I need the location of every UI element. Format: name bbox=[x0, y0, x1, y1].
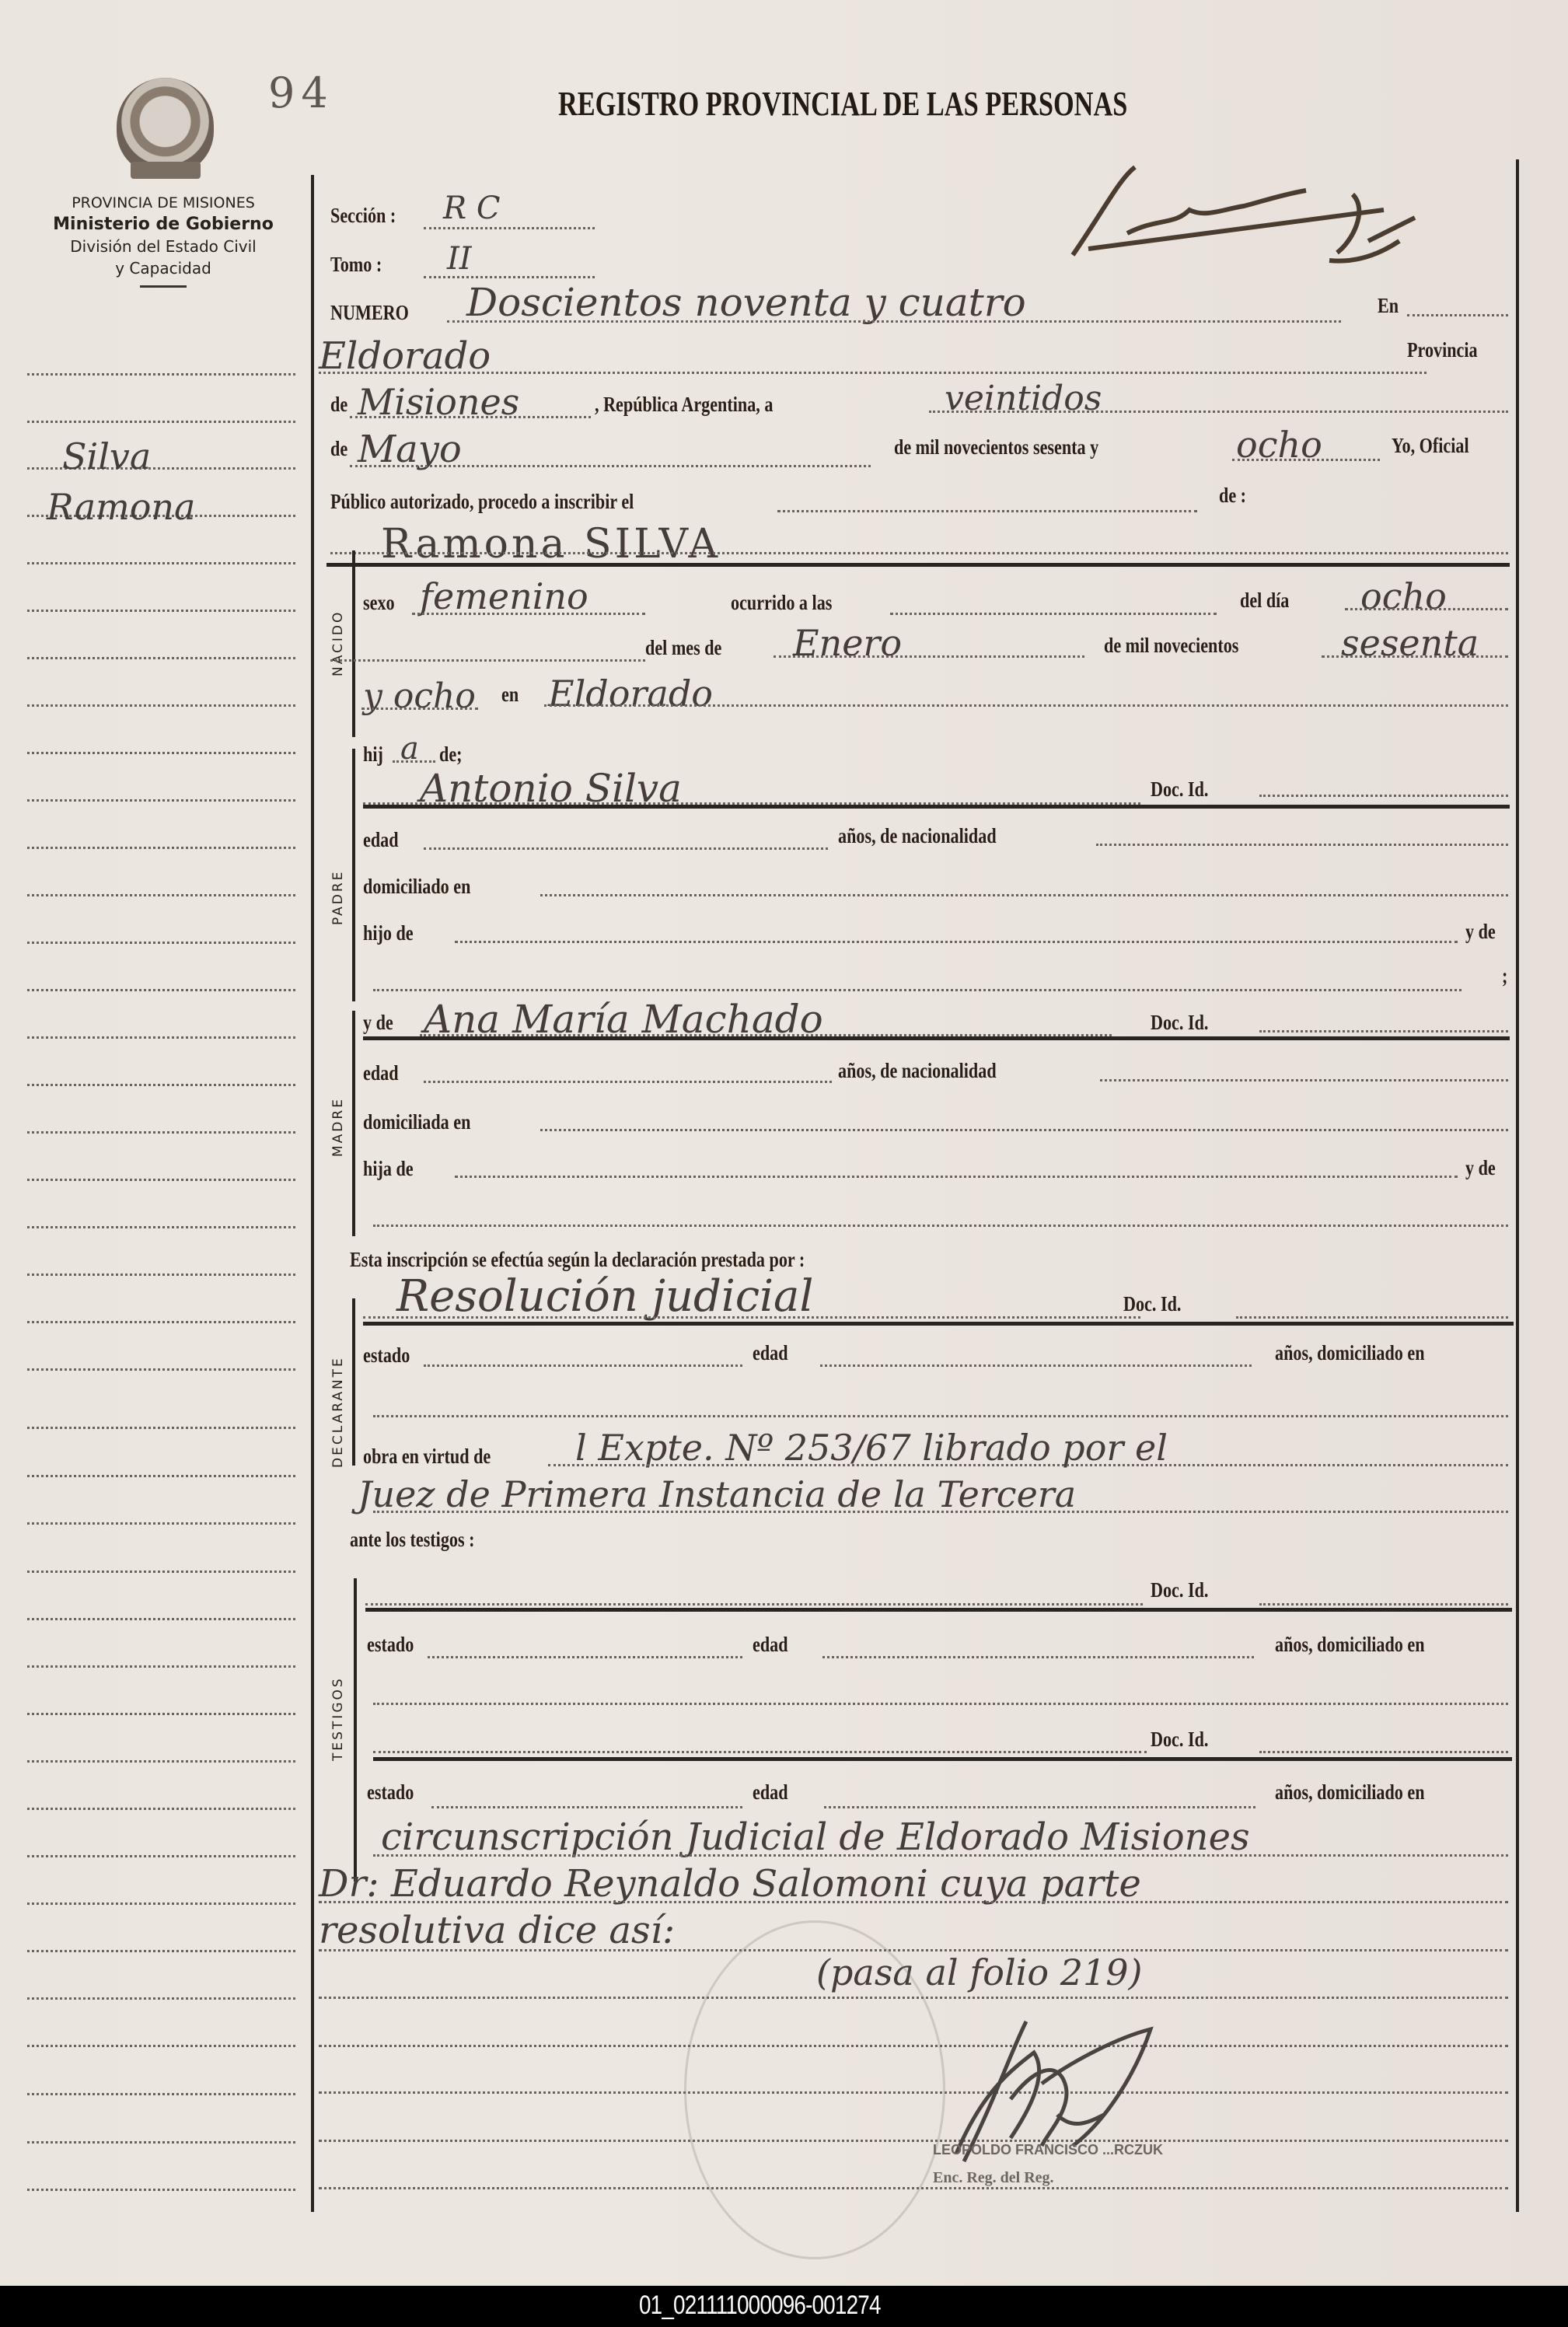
section-rule bbox=[363, 1322, 1514, 1326]
folio-number: 94 bbox=[268, 68, 334, 117]
numero-value[interactable]: Doscientos noventa y cuatro bbox=[466, 280, 1026, 325]
padre-hijo-de-label: hijo de bbox=[363, 921, 414, 945]
authority-province: PROVINCIA DE MISIONES bbox=[16, 194, 311, 211]
anio-value-cont[interactable]: y ocho bbox=[363, 676, 476, 716]
section-rule bbox=[373, 1757, 1512, 1761]
dia-value[interactable]: ocho bbox=[1360, 575, 1447, 617]
registrar-signature bbox=[1057, 163, 1430, 257]
page-title: REGISTRO PROVINCIAL DE LAS PERSONAS bbox=[558, 84, 1127, 124]
year-label: de mil novecientos sesenta y bbox=[894, 435, 1098, 459]
image-id-label: 01_021111000096-001274 bbox=[639, 2290, 881, 2321]
nacido-bracket bbox=[352, 550, 355, 737]
provincial-crest-icon bbox=[117, 78, 214, 175]
padre-domicilio-label: domiciliado en bbox=[363, 875, 470, 899]
declarante-domicilio-label: años, domiciliado en bbox=[1275, 1341, 1425, 1365]
dia-label: del día bbox=[1240, 589, 1289, 613]
obra-value-1[interactable]: l Expte. Nº 253/67 librado por el bbox=[575, 1427, 1168, 1469]
margin-given-name: Ramona bbox=[47, 486, 195, 528]
testigo1-doc-label: Doc. Id. bbox=[1151, 1578, 1208, 1602]
madre-y-de-label: y de bbox=[363, 1011, 393, 1035]
section-rule bbox=[327, 563, 1510, 567]
official-signature bbox=[917, 2006, 1166, 2192]
hij-label: hij bbox=[363, 742, 383, 767]
section-rule bbox=[363, 1036, 1510, 1040]
sexo-label: sexo bbox=[363, 591, 395, 615]
testigo2-doc-label: Doc. Id. bbox=[1151, 1728, 1208, 1752]
crest-banner bbox=[131, 162, 201, 179]
republica-label: , República Argentina, a bbox=[595, 393, 773, 417]
testigos-intro: ante los testigos : bbox=[350, 1528, 475, 1552]
madre-y-de-label: y de bbox=[1465, 1156, 1496, 1180]
testigo2-estado-label: estado bbox=[367, 1780, 414, 1805]
padre-semicolon: ; bbox=[1502, 964, 1507, 988]
seccion-label: Sección : bbox=[330, 204, 396, 228]
mes-label: del mes de bbox=[645, 636, 721, 660]
testigo1-estado-label: estado bbox=[367, 1633, 414, 1657]
month-de-label: de bbox=[330, 437, 347, 461]
madre-nacionalidad-label: años, de nacionalidad bbox=[838, 1059, 997, 1083]
stamp-title: Enc. Reg. del Reg. bbox=[933, 2169, 1054, 2187]
declarante-section-label: DECLARANTE bbox=[330, 1356, 346, 1468]
en-label: En bbox=[1378, 294, 1399, 318]
authority-capacity: y Capacidad bbox=[16, 259, 311, 278]
oficial-label: Yo, Oficial bbox=[1392, 434, 1469, 458]
section-rule bbox=[365, 1608, 1512, 1612]
padre-doc-label: Doc. Id. bbox=[1151, 777, 1208, 802]
numero-label: NUMERO bbox=[330, 301, 409, 325]
madre-domicilio-label: domiciliada en bbox=[363, 1110, 470, 1134]
en-label: en bbox=[501, 683, 519, 707]
obra-value-2[interactable]: Juez de Primera Instancia de la Tercera bbox=[358, 1473, 1076, 1515]
hij-de-label: de; bbox=[439, 742, 463, 767]
official-seal-stamp bbox=[684, 1920, 945, 2259]
authority-block: PROVINCIA DE MISIONES Ministerio de Gobi… bbox=[16, 194, 311, 288]
provincia-label: Provincia bbox=[1407, 338, 1478, 362]
note-line-1[interactable]: circunscripción Judicial de Eldorado Mis… bbox=[381, 1815, 1250, 1859]
note-line-2[interactable]: Dr: Eduardo Reynaldo Salomoni cuya parte bbox=[319, 1862, 1141, 1906]
testigos-section-label: TESTIGOS bbox=[330, 1676, 346, 1761]
madre-doc-label: Doc. Id. bbox=[1151, 1011, 1208, 1035]
declarante-edad-label: edad bbox=[753, 1341, 788, 1365]
padre-bracket bbox=[352, 749, 355, 1001]
document-page: 94 REGISTRO PROVINCIAL DE LAS PERSONAS P… bbox=[0, 0, 1568, 2286]
stamp-name: LEOPOLDO FRANCISCO ...RCZUK bbox=[933, 2142, 1163, 2158]
anio-label: de mil novecientos bbox=[1104, 634, 1238, 658]
ocurrido-label: ocurrido a las bbox=[731, 591, 832, 615]
de-label: de bbox=[330, 393, 347, 417]
madre-hija-de-label: hija de bbox=[363, 1157, 414, 1181]
padre-nacionalidad-label: años, de nacionalidad bbox=[838, 824, 997, 848]
seccion-value[interactable]: R C bbox=[443, 190, 500, 226]
divider bbox=[140, 285, 187, 288]
declarante-name-value[interactable]: Resolución judicial bbox=[396, 1271, 813, 1322]
padre-edad-label: edad bbox=[363, 828, 399, 852]
tomo-label: Tomo : bbox=[330, 253, 382, 277]
authority-division: División del Estado Civil bbox=[16, 237, 311, 256]
declarante-estado-label: estado bbox=[363, 1343, 410, 1368]
de-colon-label: de : bbox=[1219, 484, 1246, 508]
lugar-value[interactable]: Eldorado bbox=[548, 673, 713, 715]
nacido-section-label: NACIDO bbox=[330, 610, 346, 676]
testigos-bracket bbox=[354, 1578, 357, 1882]
section-rule bbox=[363, 805, 1510, 809]
testigo1-edad-label: edad bbox=[753, 1633, 788, 1657]
footer-bar: 01_021111000096-001274 bbox=[0, 2286, 1568, 2327]
testigo1-domicilio-label: años, domiciliado en bbox=[1275, 1633, 1425, 1657]
sexo-value[interactable]: femenino bbox=[420, 575, 588, 617]
authority-ministry: Ministerio de Gobierno bbox=[16, 215, 311, 234]
padre-y-de-label: y de bbox=[1465, 920, 1496, 944]
right-border bbox=[1516, 159, 1519, 2212]
declarante-intro: Esta inscripción se efectúa según la dec… bbox=[350, 1248, 805, 1272]
declarante-doc-label: Doc. Id. bbox=[1123, 1292, 1181, 1316]
obra-label: obra en virtud de bbox=[363, 1445, 491, 1469]
publico-label: Público autorizado, procedo a inscribir … bbox=[330, 490, 634, 514]
testigo2-edad-label: edad bbox=[753, 1780, 788, 1805]
person-name[interactable]: Ramona SILVA bbox=[381, 521, 721, 568]
padre-section-label: PADRE bbox=[330, 870, 346, 925]
testigo2-domicilio-label: años, domiciliado en bbox=[1275, 1780, 1425, 1805]
declarante-bracket bbox=[352, 1298, 355, 1466]
tomo-value[interactable]: II bbox=[447, 241, 472, 277]
left-border bbox=[311, 175, 314, 2212]
madre-edad-label: edad bbox=[363, 1061, 399, 1085]
note-line-3[interactable]: resolutiva dice así: bbox=[319, 1909, 675, 1952]
madre-section-label: MADRE bbox=[330, 1097, 346, 1157]
madre-bracket bbox=[352, 1011, 355, 1236]
margin-surname: Silva bbox=[62, 435, 151, 477]
